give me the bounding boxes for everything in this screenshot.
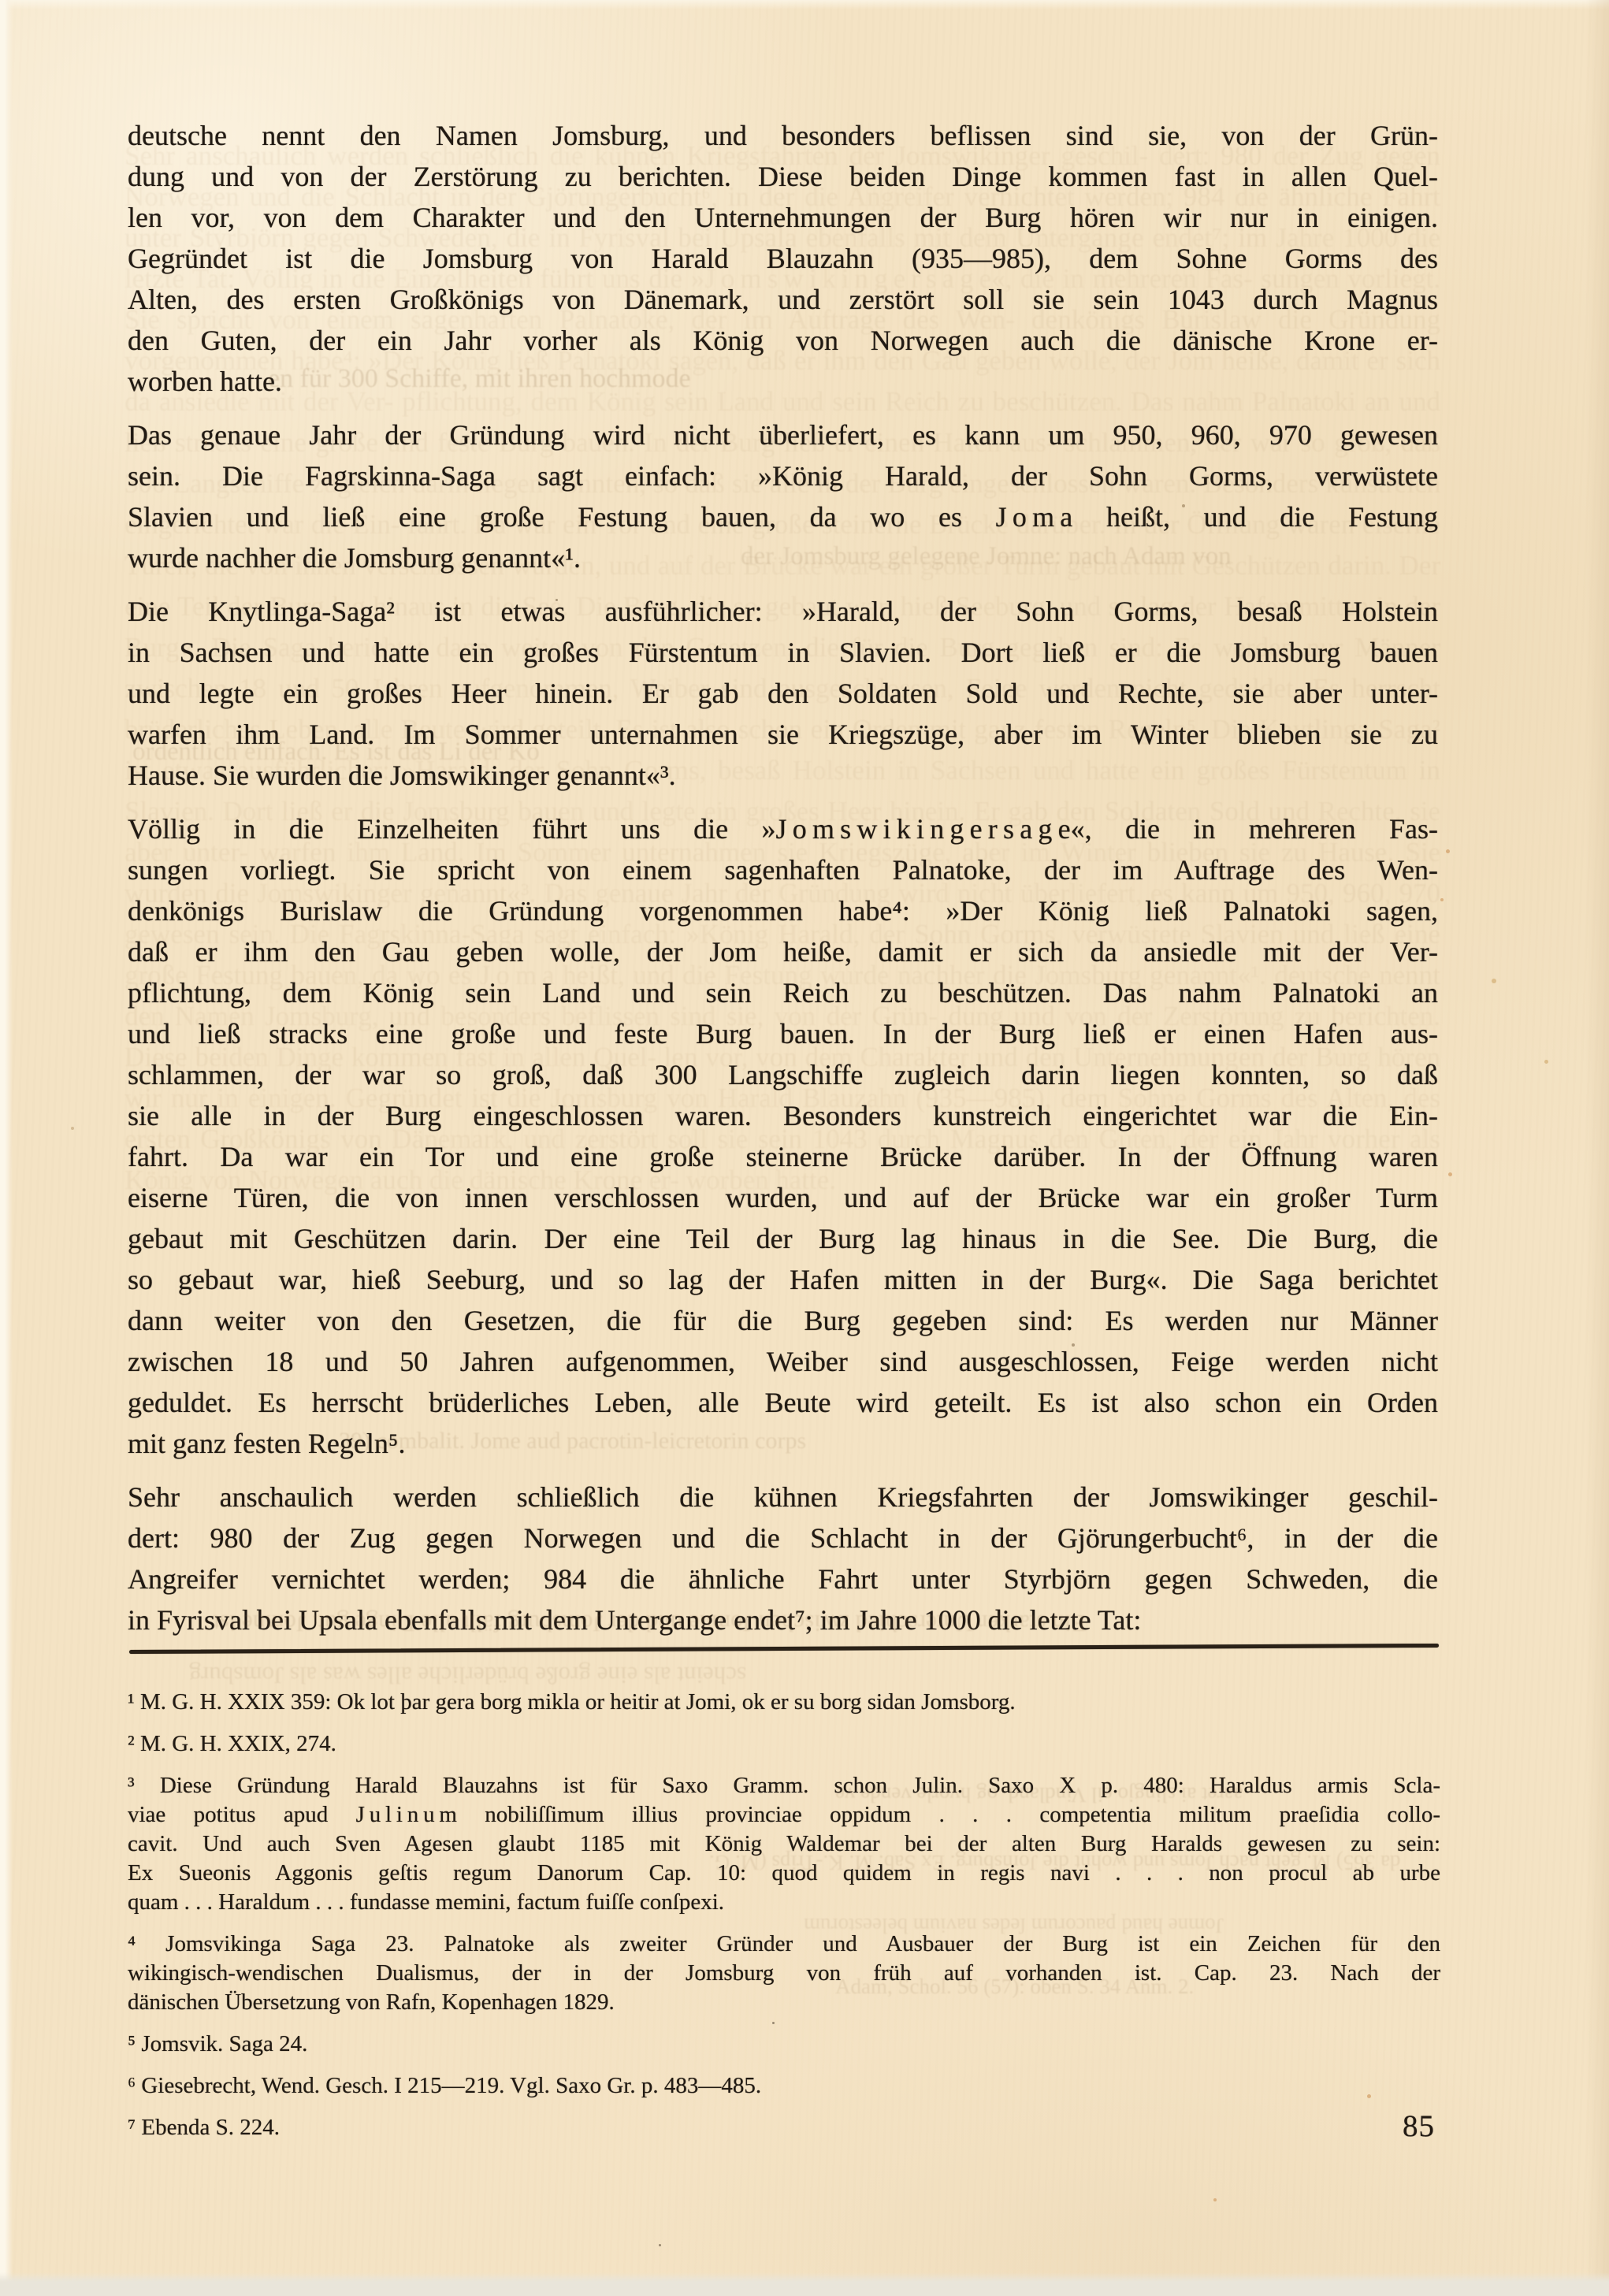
text-line: fahrt. Da war ein Tor und eine große ste…	[128, 1136, 1438, 1177]
paper-speck	[331, 1940, 335, 1944]
text-line: worben hatte.	[128, 361, 1438, 402]
text-line: eiserne Türen, die von innen verschlosse…	[128, 1177, 1438, 1218]
text-line: Die Knytlinga-Saga² ist etwas ausführlic…	[128, 591, 1438, 632]
paragraph: deutsche nennt den Namen Jomsburg, und b…	[128, 115, 1438, 402]
text-line: Sehr anschaulich werden schließlich die …	[128, 1477, 1438, 1518]
paper-speck	[481, 1538, 483, 1540]
text-line: Das genaue Jahr der Gründung wird nicht …	[128, 414, 1438, 455]
paragraph: ⁶ Giesebrecht, Wend. Gesch. I 215—219. V…	[128, 2071, 1440, 2101]
paper-speck	[1492, 979, 1496, 983]
footnote-line: wikingisch-wendischen Dualismus, der in …	[128, 1959, 1440, 1988]
footnote-line: quam . . . Haraldum . . . fundasse memin…	[128, 1888, 1440, 1917]
paper-speck	[659, 2244, 661, 2246]
paper-speck	[1544, 1060, 1548, 1064]
text-line: zwischen 18 und 50 Jahren aufgenommen, W…	[128, 1341, 1438, 1382]
footnote-line: ⁶ Giesebrecht, Wend. Gesch. I 215—219. V…	[128, 2071, 1440, 2101]
text-line: Gegründet ist die Jomsburg von Harald Bl…	[128, 238, 1438, 279]
text-line: mit ganz festen Regeln⁵.	[128, 1423, 1438, 1464]
paper-speck	[1072, 1343, 1075, 1347]
footnote-line: Ex Sueonis Aggonis geſtis regum Danorum …	[128, 1859, 1440, 1888]
text-line: sie alle in der Burg eingeschlossen ware…	[128, 1095, 1438, 1136]
paragraph: ⁵ Jomsvik. Saga 24.	[128, 2030, 1440, 2059]
page-edge-left	[0, 0, 13, 2296]
footnote-line: ⁴ Jomsvikinga Saga 23. Palnatoke als zwe…	[128, 1930, 1440, 1959]
paragraph: ¹ M. G. H. XXIX 359: Ok lot þar gera bor…	[128, 1688, 1440, 1717]
text-line: daß er ihm den Gau geben wolle, der Jom …	[128, 931, 1438, 972]
footnote-separator-rule	[129, 1644, 1439, 1654]
paper-speck	[1446, 849, 1450, 853]
text-line: pflichtung, dem König sein Land und sein…	[128, 972, 1438, 1013]
paper-speck	[1213, 2198, 1217, 2201]
paper-speck	[205, 441, 207, 444]
text-line: den Guten, der ein Jahr vorher als König…	[128, 320, 1438, 361]
text-line: Angreifer vernichtet werden; 984 die ähn…	[128, 1559, 1438, 1599]
text-line: in Fyrisval bei Upsala ebenfalls mit dem…	[128, 1599, 1438, 1640]
text-line: geduldet. Es herrscht brüderliches Leben…	[128, 1382, 1438, 1423]
footnote-line: cavit. Und auch Sven Agesen glaubt 1185 …	[128, 1830, 1440, 1859]
body-text: deutsche nennt den Namen Jomsburg, und b…	[128, 115, 1438, 1640]
paragraph: Sehr anschaulich werden schließlich die …	[128, 1477, 1438, 1640]
text-line: dert: 980 der Zug gegen Norwegen und die…	[128, 1518, 1438, 1559]
paragraph: Völlig in die Einzelheiten führt uns die…	[128, 808, 1438, 1464]
paper-speck	[1440, 898, 1444, 901]
text-line: warfen ihm Land. Im Sommer unternahmen s…	[128, 714, 1438, 755]
paper-speck	[772, 2022, 775, 2024]
text-line: wurde nachher die Jomsburg genannt«¹.	[128, 537, 1438, 578]
paper-speck	[1367, 2094, 1371, 2098]
text-line: und ließ stracks eine große und feste Bu…	[128, 1013, 1438, 1054]
text-line: Hause. Sie wurden die Jomswikinger genan…	[128, 755, 1438, 796]
text-line: so gebaut war, hieß Seeburg, und so lag …	[128, 1259, 1438, 1300]
paragraph: Das genaue Jahr der Gründung wird nicht …	[128, 414, 1438, 578]
paper-speck	[1448, 1172, 1452, 1176]
page-edge-right	[1585, 0, 1609, 2296]
text-line: sein. Die Fagrskinna-Saga sagt einfach: …	[128, 455, 1438, 496]
paper-speck	[71, 1127, 74, 1130]
bleedthrough-line: scheint als eine große brüderliche alles…	[189, 1661, 746, 1689]
footnote-line: ⁵ Jomsvik. Saga 24.	[128, 2030, 1440, 2059]
scanned-book-page: Sehr anschaulich werden schließlich die …	[0, 0, 1609, 2296]
footnotes: ¹ M. G. H. XXIX 359: Ok lot þar gera bor…	[128, 1688, 1440, 2142]
footnote-line: ¹ M. G. H. XXIX 359: Ok lot þar gera bor…	[128, 1688, 1440, 1717]
page-number: 85	[1403, 2108, 1435, 2144]
paragraph: ² M. G. H. XXIX, 274.	[128, 1729, 1440, 1759]
text-line: dung und von der Zerstörung zu berichten…	[128, 156, 1438, 197]
footnote-line: ³ Diese Gründung Harald Blauzahns ist fü…	[128, 1771, 1440, 1800]
paragraph: ⁷ Ebenda S. 224.	[128, 2113, 1440, 2142]
footnote-line: ⁷ Ebenda S. 224.	[128, 2113, 1440, 2142]
text-line: deutsche nennt den Namen Jomsburg, und b…	[128, 115, 1438, 156]
text-line: in Sachsen und hatte ein großes Fürstent…	[128, 632, 1438, 673]
footnote-line: viae potitus apud J u l i n u m nobiliſſ…	[128, 1800, 1440, 1830]
footnote-line: dänischen Übersetzung von Rafn, Kopenhag…	[128, 1988, 1440, 2017]
text-line: und legte ein großes Heer hinein. Er gab…	[128, 673, 1438, 714]
page-edge-bottom	[0, 2272, 1609, 2296]
paper-speck	[1182, 504, 1185, 507]
text-line: Völlig in die Einzelheiten führt uns die…	[128, 808, 1438, 849]
text-line: sungen vorliegt. Sie spricht von einem s…	[128, 849, 1438, 890]
text-line: Slavien und ließ eine große Festung baue…	[128, 496, 1438, 537]
page-edge-top	[0, 0, 1609, 9]
paragraph: ⁴ Jomsvikinga Saga 23. Palnatoke als zwe…	[128, 1930, 1440, 2017]
footnote-line: ² M. G. H. XXIX, 274.	[128, 1729, 1440, 1759]
text-line: denkönigs Burislaw die Gründung vorgenom…	[128, 890, 1438, 931]
text-line: dann weiter von den Gesetzen, die für di…	[128, 1300, 1438, 1341]
text-line: gebaut mit Geschützen darin. Der eine Te…	[128, 1218, 1438, 1259]
paragraph: ³ Diese Gründung Harald Blauzahns ist fü…	[128, 1771, 1440, 1917]
text-line: Alten, des ersten Großkönigs von Dänemar…	[128, 279, 1438, 320]
text-line: schlammen, der war so groß, daß 300 Lang…	[128, 1054, 1438, 1095]
paragraph: Die Knytlinga-Saga² ist etwas ausführlic…	[128, 591, 1438, 796]
paper-speck	[556, 599, 558, 601]
text-line: len vor, von dem Charakter und den Unter…	[128, 197, 1438, 238]
